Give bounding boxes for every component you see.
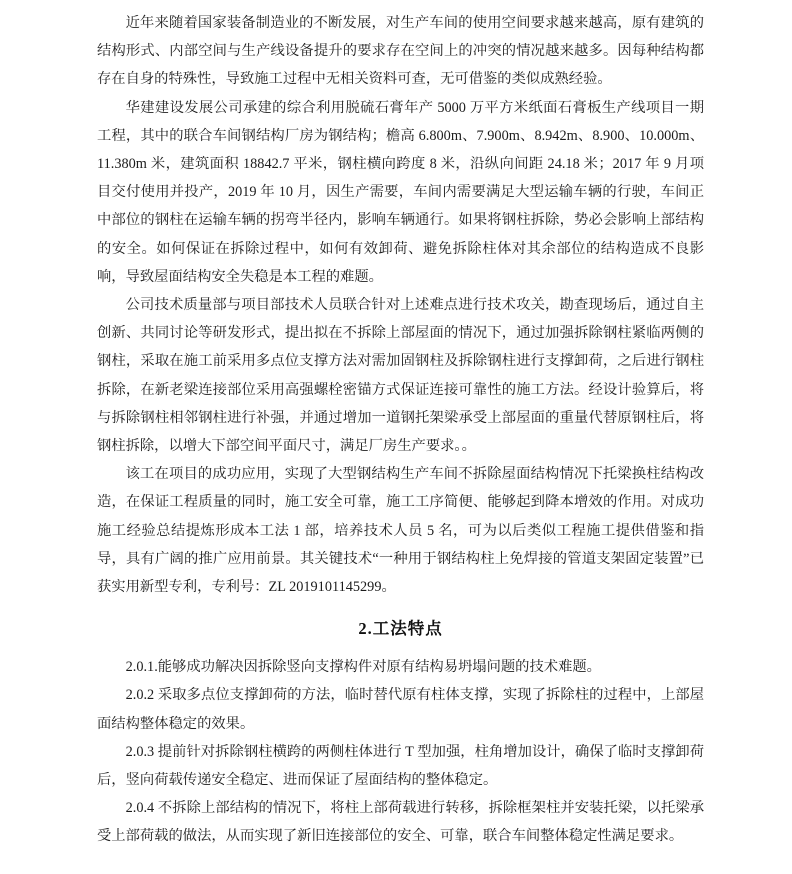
body-paragraph: 公司技术质量部与项目部技术人员联合针对上述难点进行技术攻关，勘查现场后，通过自主…: [97, 291, 704, 460]
body-paragraph: 该工在项目的成功应用，实现了大型钢结构生产车间不拆除屋面结构情况下托梁换柱结构改…: [97, 460, 704, 601]
section-heading: 2.工法特点: [97, 615, 704, 643]
feature-item: 2.0.3 提前针对拆除钢柱横跨的两侧柱体进行 T 型加强，柱角增加设计，确保了…: [97, 738, 704, 794]
feature-item: 2.0.1.能够成功解决因拆除竖向支撑构件对原有结构易坍塌问题的技术难题。: [97, 653, 704, 681]
body-paragraph: 华建建设发展公司承建的综合利用脱硫石膏年产 5000 万平方米纸面石膏板生产线项…: [97, 94, 704, 291]
feature-item: 2.0.2 采取多点位支撑卸荷的方法，临时替代原有柱体支撑，实现了拆除柱的过程中…: [97, 681, 704, 737]
feature-item: 2.0.4 不拆除上部结构的情况下，将柱上部荷载进行转移，拆除框架柱并安装托梁，…: [97, 794, 704, 850]
document-page: 近年来随着国家装备制造业的不断发展，对生产车间的使用空间要求越来越高，原有建筑的…: [0, 0, 792, 874]
body-paragraph: 近年来随着国家装备制造业的不断发展，对生产车间的使用空间要求越来越高，原有建筑的…: [97, 9, 704, 94]
